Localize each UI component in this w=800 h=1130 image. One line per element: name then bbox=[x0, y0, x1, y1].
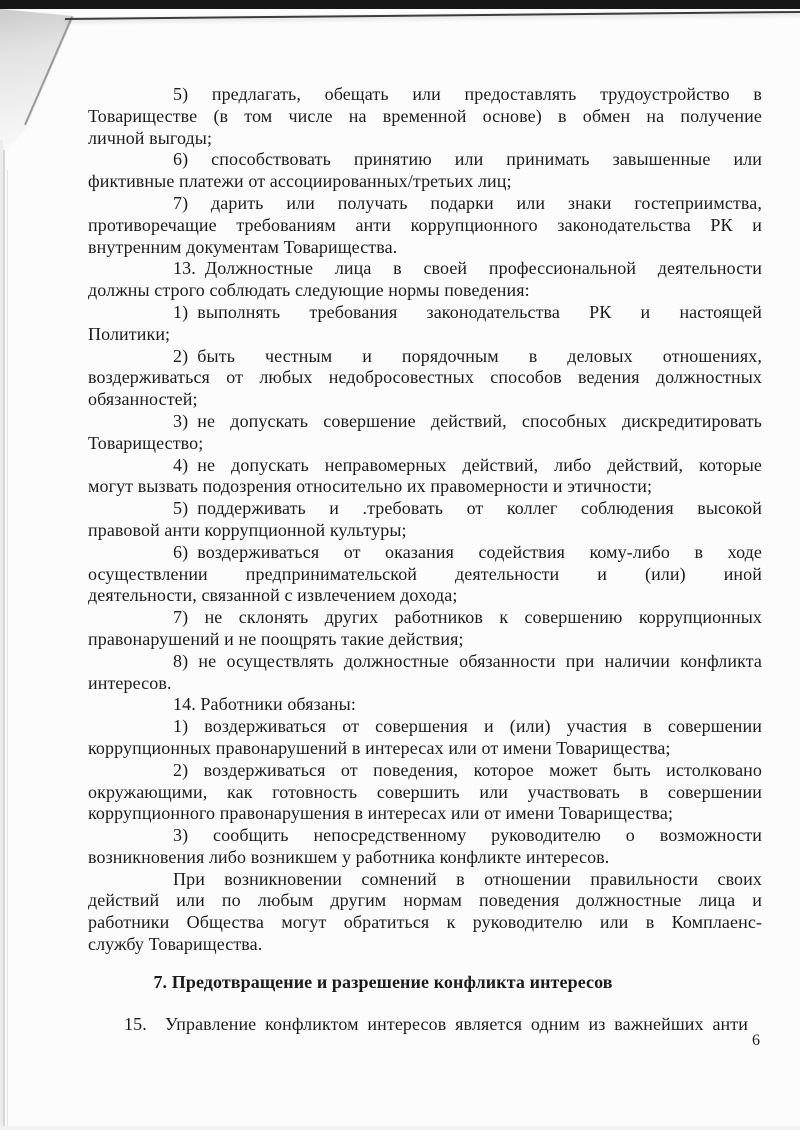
text-line: 6) способствовать принятию или принимать… bbox=[88, 149, 762, 171]
text-line: коррупционных правонарушений в интересах… bbox=[88, 738, 762, 760]
text-line: 7) не склонять других работников к совер… bbox=[88, 607, 762, 629]
text-line: 5) предлагать, обещать или предоставлять… bbox=[88, 84, 762, 106]
text-line: личной выгоды; bbox=[88, 128, 762, 150]
text-line: окружающими, как готовность совершить ил… bbox=[88, 782, 762, 804]
text-line: возникновения либо возникшем у работника… bbox=[88, 847, 762, 869]
text-line: Товарищество; bbox=[88, 433, 762, 455]
text-line: действий или по любым другим нормам пове… bbox=[88, 890, 762, 912]
text-line: фиктивные платежи от ассоциированных/тре… bbox=[88, 171, 762, 193]
scan-corner-artifact bbox=[0, 0, 90, 170]
text-line: 3) сообщить непосредственному руководите… bbox=[88, 825, 762, 847]
text-line: Товариществе (в том числе на временной о… bbox=[88, 106, 762, 128]
text-line: службу Товарищества. bbox=[88, 934, 762, 956]
text-line: должны строго соблюдать следующие нормы … bbox=[88, 280, 762, 302]
text-line: обязанностей; bbox=[88, 389, 762, 411]
text-line: правовой анти коррупционной культуры; bbox=[88, 520, 762, 542]
text-line: правонарушений и не поощрять такие дейст… bbox=[88, 629, 762, 651]
page-number: 6 bbox=[752, 1032, 760, 1050]
text-line: противоречащие требованиям анти коррупци… bbox=[88, 215, 762, 237]
text-line: 13. Должностные лица в своей профессиона… bbox=[88, 258, 762, 280]
scan-left-groove bbox=[3, 150, 5, 1130]
text-line: осуществлении предпринимательской деятел… bbox=[88, 564, 762, 586]
text-line: 5) поддерживать и .требовать от коллег с… bbox=[88, 498, 762, 520]
text-line: коррупционного правонарушения в интереса… bbox=[88, 803, 762, 825]
scanned-page: 5) предлагать, обещать или предоставлять… bbox=[0, 0, 800, 1130]
text-line: интересов. bbox=[88, 673, 762, 695]
paper-bottom-edge bbox=[0, 1126, 800, 1130]
text-line: деятельности, связанной с извлечением до… bbox=[88, 585, 762, 607]
text-line: воздерживаться от любых недобросовестных… bbox=[88, 367, 762, 389]
text-line: 3) не допускать совершение действий, спо… bbox=[88, 411, 762, 433]
text-column: 5) предлагать, обещать или предоставлять… bbox=[88, 84, 762, 1035]
text-line: При возникновении сомнений в отношении п… bbox=[88, 869, 762, 891]
text-line: работники Общества могут обратиться к ру… bbox=[88, 912, 762, 934]
text-line: 1) выполнять требования законодательства… bbox=[88, 302, 762, 324]
text-line: 4) не допускать неправомерных действий, … bbox=[88, 455, 762, 477]
section-heading: 7. Предотвращение и разрешение конфликта… bbox=[88, 972, 678, 994]
text-line: 6) воздерживаться от оказания содействия… bbox=[88, 542, 762, 564]
text-line: 14. Работники обязаны: bbox=[88, 694, 762, 716]
text-line: могут вызвать подозрения относительно их… bbox=[88, 476, 762, 498]
scanner-edge-bar bbox=[0, 0, 800, 9]
text-line: 7) дарить или получать подарки или знаки… bbox=[88, 193, 762, 215]
text-line: Политики; bbox=[88, 324, 762, 346]
text-line: 1) воздерживаться от совершения и (или) … bbox=[88, 716, 762, 738]
text-line: внутренним документам Товарищества. bbox=[88, 237, 762, 259]
text-line: 8) не осуществлять должностные обязаннос… bbox=[88, 651, 762, 673]
paragraph-15-line: 15. Управление конфликтом интересов явля… bbox=[88, 1014, 762, 1036]
text-line: 2) быть честным и порядочным в деловых о… bbox=[88, 346, 762, 368]
text-line: 2) воздерживаться от поведения, которое … bbox=[88, 760, 762, 782]
scan-left-groove bbox=[7, 170, 8, 1130]
paper-top-edge bbox=[65, 11, 800, 20]
